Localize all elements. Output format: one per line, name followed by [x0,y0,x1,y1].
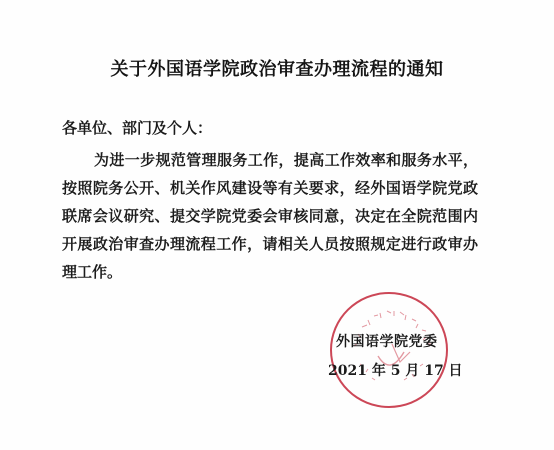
salutation: 各单位、部门及个人： [62,118,212,138]
signature-organization: 外国语学院党委 [336,333,438,351]
document-page: 关于外国语学院政治审查办理流程的通知 各单位、部门及个人： 为进一步规范管理服务… [0,0,554,450]
document-title: 关于外国语学院政治审查办理流程的通知 [0,59,554,81]
body-paragraph: 为进一步规范管理服务工作，提高工作效率和服务水平，按照院务公开、机关作风建设等有… [62,146,478,286]
seal-arc-text-icon [332,294,450,410]
signature-date: 2021 年 5 月 17 日 [328,362,463,380]
